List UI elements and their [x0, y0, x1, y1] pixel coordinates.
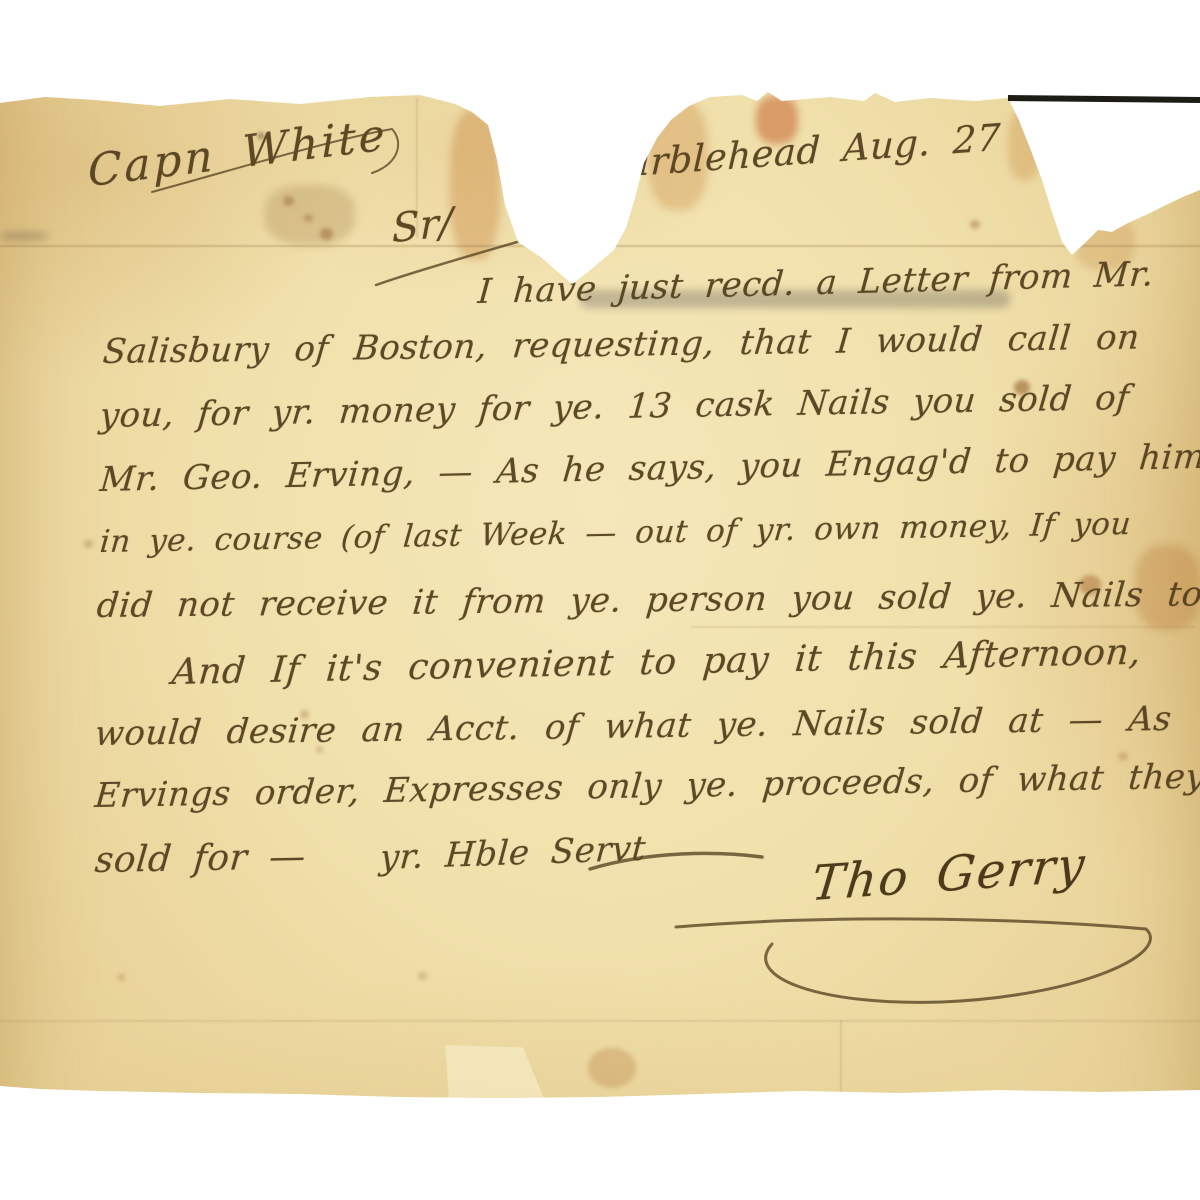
fox-spot — [320, 228, 333, 240]
fox-spot — [118, 974, 125, 981]
signature-flourish — [676, 919, 1150, 1002]
fox-spot — [418, 972, 427, 980]
signature: Tho Gerry — [809, 837, 1089, 913]
body-line: did not receive it from ye. person you s… — [95, 574, 1200, 626]
tear-stain — [1008, 110, 1042, 180]
body-line: sold for — — [93, 836, 307, 881]
crease-line — [0, 1020, 1200, 1022]
fox-spot — [304, 214, 313, 222]
recipient-line: Capn White — [88, 109, 388, 197]
fox-spot — [283, 196, 294, 206]
crease-line — [690, 626, 1195, 628]
graphite-smudge — [0, 232, 48, 240]
fox-spot — [588, 1048, 636, 1088]
body-line: Mr. Geo. Erving, — As he says, you Engag… — [98, 437, 1200, 500]
fold-patch — [445, 1044, 545, 1101]
fox-spot — [84, 540, 93, 548]
tear-stain — [450, 110, 500, 260]
body-line: Ervings order, Expresses only ye. procee… — [93, 757, 1200, 816]
closing-line: yr. Hble Servt — [379, 829, 648, 878]
body-line: you, for yr. money for ye. 13 cask Nails… — [98, 378, 1131, 436]
body-line: in ye. course (of last Week — out of yr.… — [98, 506, 1132, 560]
letter-paper: Capn White arblehead Aug. 27 Sr/ I have … — [0, 0, 1200, 1200]
salutation: Sr/ — [392, 199, 453, 252]
scanned-letter: Capn White arblehead Aug. 27 Sr/ I have … — [0, 0, 1200, 1200]
crease-line — [840, 1020, 842, 1098]
fox-spot — [970, 220, 980, 229]
body-line: And If it's convenient to pay it this Af… — [170, 632, 1143, 693]
scan-artifact-line — [1008, 95, 1200, 103]
body-line: would desire an Acct. of what ye. Nails … — [93, 699, 1173, 754]
body-line: Salisbury of Boston, requesting, that I … — [101, 317, 1141, 372]
crease-line — [0, 245, 1200, 247]
